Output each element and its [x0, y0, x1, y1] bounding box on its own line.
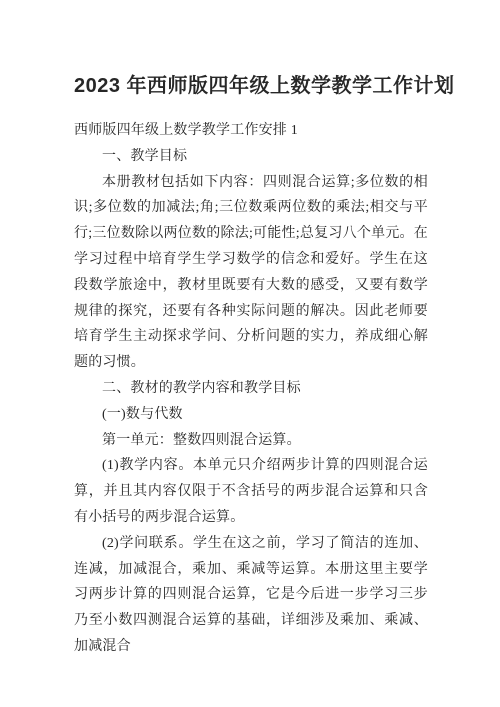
paragraph-textbook-overview: 本册教材包括如下内容：四则混合运算;多位数的相识;多位数的加减法;角;三位数乘两… [74, 170, 428, 376]
document-title: 2023 年西师版四年级上数学教学工作计划 [74, 72, 428, 100]
document-page: 2023 年西师版四年级上数学教学工作计划 西师版四年级上数学教学工作安排 1 … [0, 0, 500, 707]
heading-unit-one: 第一单元：整数四则混合运算。 [74, 428, 428, 454]
paragraph-knowledge-links: (2)学问联系。学生在这之前，学习了简洁的连加、连减，加减混合，乘加、乘减等运算… [74, 531, 428, 660]
heading-teaching-goals: 一、教学目标 [74, 144, 428, 170]
document-body: 西师版四年级上数学教学工作安排 1 一、教学目标 本册教材包括如下内容：四则混合… [74, 118, 428, 660]
heading-number-and-algebra: (一)数与代数 [74, 402, 428, 428]
paragraph-teaching-content: (1)教学内容。本单元只介绍两步计算的四则混合运算，并且其内容仅限于不含括号的两… [74, 453, 428, 530]
heading-content-and-goals: 二、教材的教学内容和教学目标 [74, 376, 428, 402]
subtitle-line: 西师版四年级上数学教学工作安排 1 [74, 118, 428, 144]
